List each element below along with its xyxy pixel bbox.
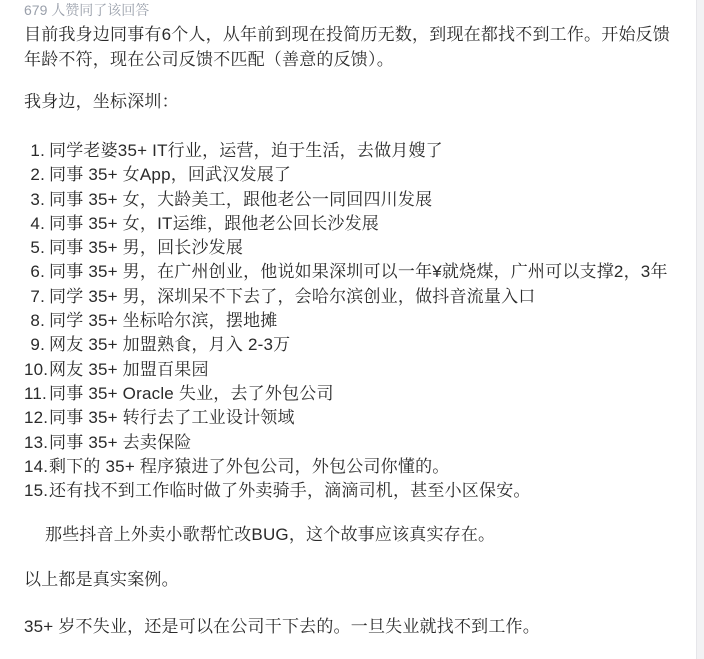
list-item-text: 同学老婆35+ IT行业，运营，迫于生活，去做月嫂了: [45, 139, 443, 163]
list-item: 2. 同事 35+ 女App，回武汉发展了: [24, 163, 682, 187]
list-item-number: 14.: [24, 455, 45, 479]
list-item-number: 15.: [24, 479, 45, 503]
list-item-number: 5.: [24, 236, 45, 260]
list-item-number: 3.: [24, 188, 45, 212]
list-item-text: 同事 35+ 男，回长沙发展: [45, 236, 243, 260]
list-item: 12. 同事 35+ 转行去了工业设计领域: [24, 406, 682, 430]
list-item-number: 11.: [24, 382, 45, 406]
list-item: 8. 同学 35+ 坐标哈尔滨，摆地摊: [24, 309, 682, 333]
real-cases-paragraph: 以上都是真实案例。: [24, 567, 682, 592]
list-item: 11. 同事 35+ Oracle 失业，去了外包公司: [24, 382, 682, 406]
page-gutter: [696, 0, 704, 659]
location-paragraph: 我身边，坐标深圳：: [24, 89, 682, 114]
list-item-text: 网友 35+ 加盟熟食，月入 2-3万: [45, 333, 290, 357]
list-item-text: 网友 35+ 加盟百果园: [45, 358, 209, 382]
list-item: 13. 同事 35+ 去卖保险: [24, 431, 682, 455]
list-item-text: 同学 35+ 男，深圳呆不下去了，会哈尔滨创业，做抖音流量入口: [45, 285, 535, 309]
conclusion-paragraph: 35+ 岁不失业，还是可以在公司干下去的。一旦失业就找不到工作。: [24, 614, 682, 639]
list-item-number: 7.: [24, 285, 45, 309]
list-item-number: 10.: [24, 358, 45, 382]
list-item-number: 6.: [24, 260, 45, 284]
list-item-number: 13.: [24, 431, 45, 455]
list-item-number: 12.: [24, 406, 45, 430]
vote-count-text: 679 人赞同了该回答: [24, 0, 682, 19]
list-item-text: 同事 35+ Oracle 失业，去了外包公司: [45, 382, 334, 406]
list-item: 1. 同学老婆35+ IT行业，运营，迫于生活，去做月嫂了: [24, 139, 682, 163]
list-item-text: 同学 35+ 坐标哈尔滨，摆地摊: [45, 309, 277, 333]
list-item-text: 同事 35+ 女，IT运维，跟他老公回长沙发展: [45, 212, 379, 236]
list-item: 14. 剩下的 35+ 程序猿进了外包公司，外包公司你懂的。: [24, 455, 682, 479]
list-item-number: 9.: [24, 333, 45, 357]
case-list: 1. 同学老婆35+ IT行业，运营，迫于生活，去做月嫂了 2. 同事 35+ …: [24, 139, 682, 503]
list-item: 4. 同事 35+ 女，IT运维，跟他老公回长沙发展: [24, 212, 682, 236]
list-item-number: 4.: [24, 212, 45, 236]
list-item-number: 2.: [24, 163, 45, 187]
list-item-number: 1.: [24, 139, 45, 163]
list-item-number: 8.: [24, 309, 45, 333]
list-item: 3. 同事 35+ 女，大龄美工，跟他老公一同回四川发展: [24, 188, 682, 212]
answer-body: 679 人赞同了该回答 目前我身边同事有6个人，从年前到现在投简历无数，到现在都…: [0, 0, 696, 639]
list-item-text: 同事 35+ 转行去了工业设计领域: [45, 406, 295, 430]
list-item: 10. 网友 35+ 加盟百果园: [24, 358, 682, 382]
intro-paragraph: 目前我身边同事有6个人，从年前到现在投简历无数，到现在都找不到工作。开始反馈年龄…: [24, 22, 682, 72]
list-item-text: 还有找不到工作临时做了外卖骑手，滴滴司机，甚至小区保安。: [45, 479, 531, 503]
list-item: 15. 还有找不到工作临时做了外卖骑手，滴滴司机，甚至小区保安。: [24, 479, 682, 503]
list-item-text: 同事 35+ 女App，回武汉发展了: [45, 163, 291, 187]
list-item: 7. 同学 35+ 男，深圳呆不下去了，会哈尔滨创业，做抖音流量入口: [24, 285, 682, 309]
list-item-text: 同事 35+ 去卖保险: [45, 431, 191, 455]
list-item: 6. 同事 35+ 男，在广州创业，他说如果深圳可以一年¥就烧煤，广州可以支撑2…: [24, 260, 682, 284]
list-item-text: 同事 35+ 男，在广州创业，他说如果深圳可以一年¥就烧煤，广州可以支撑2，3年: [45, 260, 668, 284]
list-item-text: 同事 35+ 女，大龄美工，跟他老公一同回四川发展: [45, 188, 432, 212]
list-item: 5. 同事 35+ 男，回长沙发展: [24, 236, 682, 260]
list-item-text: 剩下的 35+ 程序猿进了外包公司，外包公司你懂的。: [45, 455, 449, 479]
douyin-story-paragraph: 那些抖音上外卖小歌帮忙改BUG，这个故事应该真实存在。: [24, 522, 682, 547]
list-item: 9. 网友 35+ 加盟熟食，月入 2-3万: [24, 333, 682, 357]
